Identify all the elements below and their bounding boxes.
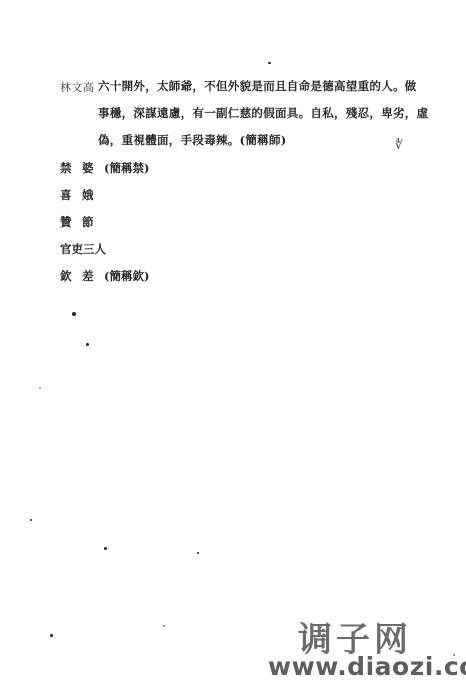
scan-speck [39,387,41,389]
description-line-3: 偽，重視體面，手段毒辣。(簡稱師) [98,132,286,148]
scanned-page: 林文高 六十開外，太師爺，不但外貌是而且自命是德高望重的人。做 事穩，深謀遠慮，… [0,0,466,690]
scan-speck [30,519,32,521]
character-name-lin-wengao: 林文高 [60,79,95,95]
scan-speck [50,634,53,637]
description-line-2: 事穩，深謀遠慮，有一副仁慈的假面具。自私，殘忍，卑劣，虛 [98,105,428,121]
watermark-url: www.diaozi.com [268,652,466,681]
margin-mark: ∜ [395,138,403,152]
character-entry: 欽差(簡稱欽) [60,268,149,284]
character-entry: 喜娥 [60,187,104,203]
scan-speck [86,343,89,346]
description-line-1: 六十開外，太師爺，不但外貌是而且自命是德高望重的人。做 [98,78,417,94]
scan-speck [72,312,76,316]
character-entry: 禁婆(簡稱禁) [60,160,149,176]
scan-speck [197,552,199,554]
scan-speck [163,625,165,627]
character-entry: 贊節 [60,214,104,230]
scan-speck [104,547,107,550]
character-entry: 官吏三人 [60,241,106,257]
scan-speck [268,62,271,64]
